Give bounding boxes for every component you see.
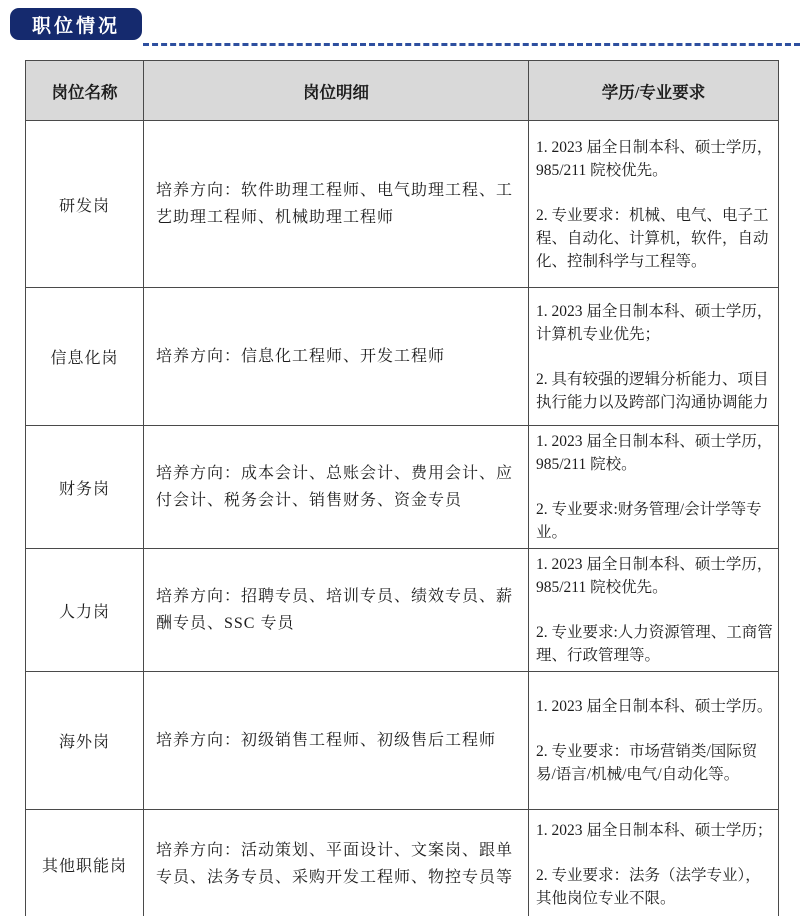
section-title-badge: 职位情况 [10,8,142,40]
requirement-paragraph-2: 2. 专业要求:人力资源管理、工商管理、行政管理等。 [536,621,773,667]
col-header-position-detail: 岗位明细 [144,61,529,121]
dashed-divider [143,43,800,46]
requirement-paragraph-2: 2. 专业要求：机械、电气、电子工程、自动化、计算机，软件，自动化、控制科学与工… [536,204,773,273]
table-row-rd-position: 研发岗 培养方向：软件助理工程师、电气助理工程、工艺助理工程师、机械助理工程师 … [26,121,779,288]
requirement-paragraph-1: 1. 2023 届全日制本科、硕士学历，985/211 院校。 [536,430,773,476]
table-row-hr-position: 人力岗 培养方向：招聘专员、培训专员、绩效专员、薪酬专员、SSC 专员 1. 2… [26,549,779,672]
document-page: 职位情况 岗位名称 岗位明细 学历/专业要求 研发岗 培养方向：软件助理工程师、… [0,0,800,916]
requirement-paragraph-2: 2. 专业要求:财务管理/会计学等专业。 [536,498,773,544]
position-requirements: 1. 2023 届全日制本科、硕士学历，985/211 院校。 2. 专业要求:… [529,426,779,549]
position-requirements: 1. 2023 届全日制本科、硕士学历。 2. 专业要求：市场营销类/国际贸易/… [529,672,779,810]
position-requirements: 1. 2023 届全日制本科、硕士学历，985/211 院校优先。 2. 专业要… [529,549,779,672]
requirement-paragraph-1: 1. 2023 届全日制本科、硕士学历，985/211 院校优先。 [536,553,773,599]
requirement-paragraph-1: 1. 2023 届全日制本科、硕士学历； [536,819,773,842]
position-name: 财务岗 [26,426,144,549]
requirement-paragraph-2: 2. 专业要求：市场营销类/国际贸易/语言/机械/电气/自动化等。 [536,740,773,786]
position-detail: 培养方向：软件助理工程师、电气助理工程、工艺助理工程师、机械助理工程师 [144,121,529,288]
table-row-other-functional-position: 其他职能岗 培养方向：活动策划、平面设计、文案岗、跟单专员、法务专员、采购开发工… [26,810,779,916]
position-detail: 培养方向：信息化工程师、开发工程师 [144,288,529,426]
requirement-paragraph-1: 1. 2023 届全日制本科、硕士学历，985/211 院校优先。 [536,136,773,182]
requirement-paragraph-2: 2. 专业要求：法务（法学专业），其他岗位专业不限。 [536,864,773,910]
table-row-overseas-position: 海外岗 培养方向：初级销售工程师、初级售后工程师 1. 2023 届全日制本科、… [26,672,779,810]
position-name: 海外岗 [26,672,144,810]
requirement-paragraph-1: 1. 2023 届全日制本科、硕士学历，计算机专业优先； [536,300,773,346]
position-requirements: 1. 2023 届全日制本科、硕士学历，985/211 院校优先。 2. 专业要… [529,121,779,288]
position-name: 研发岗 [26,121,144,288]
table-row-it-position: 信息化岗 培养方向：信息化工程师、开发工程师 1. 2023 届全日制本科、硕士… [26,288,779,426]
section-title: 职位情况 [32,11,120,38]
position-requirements: 1. 2023 届全日制本科、硕士学历； 2. 专业要求：法务（法学专业），其他… [529,810,779,916]
position-detail: 培养方向：活动策划、平面设计、文案岗、跟单专员、法务专员、采购开发工程师、物控专… [144,810,529,916]
col-header-position-name: 岗位名称 [26,61,144,121]
position-detail: 培养方向：成本会计、总账会计、费用会计、应付会计、税务会计、销售财务、资金专员 [144,426,529,549]
requirement-paragraph-2: 2. 具有较强的逻辑分析能力、项目执行能力以及跨部门沟通协调能力 [536,368,773,414]
position-detail: 培养方向：招聘专员、培训专员、绩效专员、薪酬专员、SSC 专员 [144,549,529,672]
col-header-education-requirement: 学历/专业要求 [529,61,779,121]
position-name: 其他职能岗 [26,810,144,916]
position-name: 信息化岗 [26,288,144,426]
position-name: 人力岗 [26,549,144,672]
positions-table: 岗位名称 岗位明细 学历/专业要求 研发岗 培养方向：软件助理工程师、电气助理工… [25,60,779,916]
position-detail: 培养方向：初级销售工程师、初级售后工程师 [144,672,529,810]
position-requirements: 1. 2023 届全日制本科、硕士学历，计算机专业优先； 2. 具有较强的逻辑分… [529,288,779,426]
table-header-row: 岗位名称 岗位明细 学历/专业要求 [26,61,779,121]
requirement-paragraph-1: 1. 2023 届全日制本科、硕士学历。 [536,695,773,718]
table-row-finance-position: 财务岗 培养方向：成本会计、总账会计、费用会计、应付会计、税务会计、销售财务、资… [26,426,779,549]
